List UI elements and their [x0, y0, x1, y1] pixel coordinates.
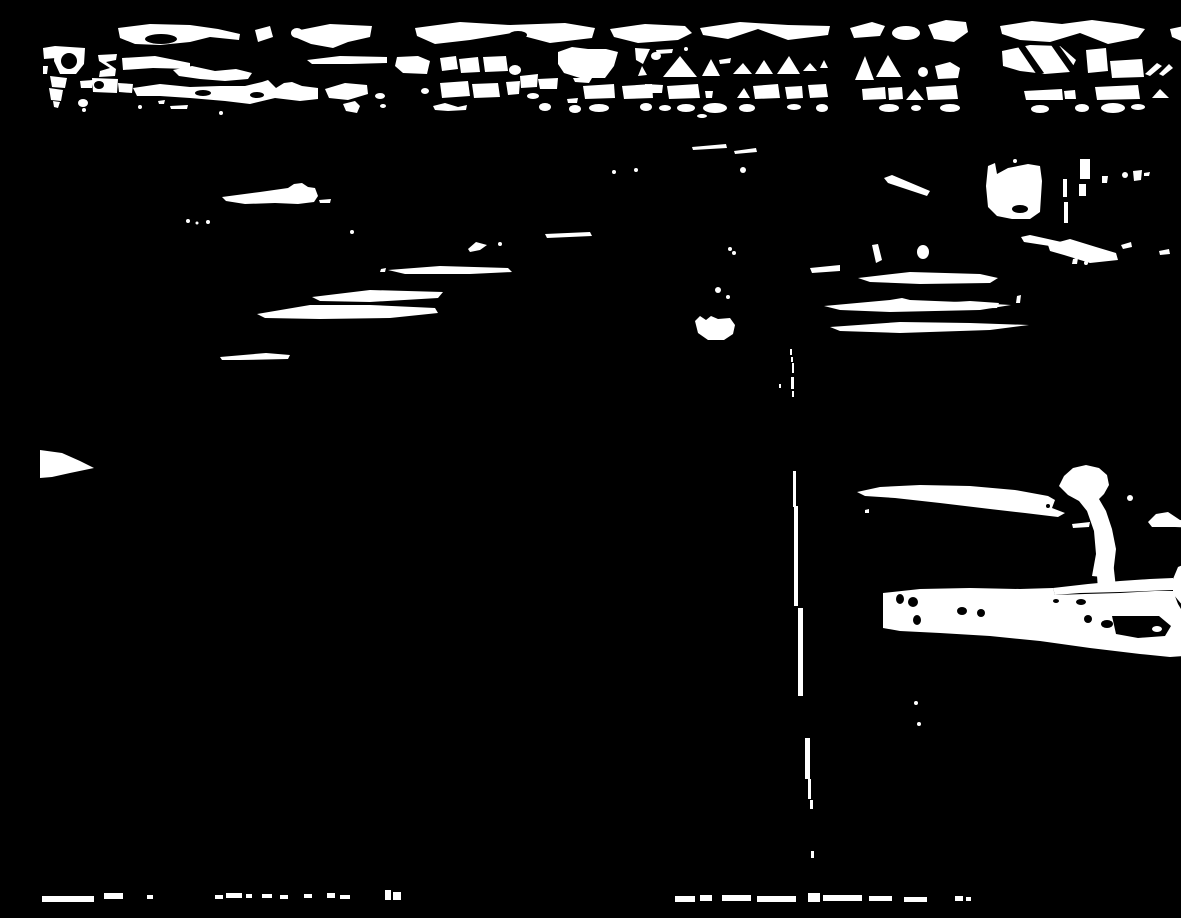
- photo-background: [40, 16, 1181, 902]
- photo-canvas: [40, 16, 1181, 902]
- binarized-photo: [40, 16, 1181, 902]
